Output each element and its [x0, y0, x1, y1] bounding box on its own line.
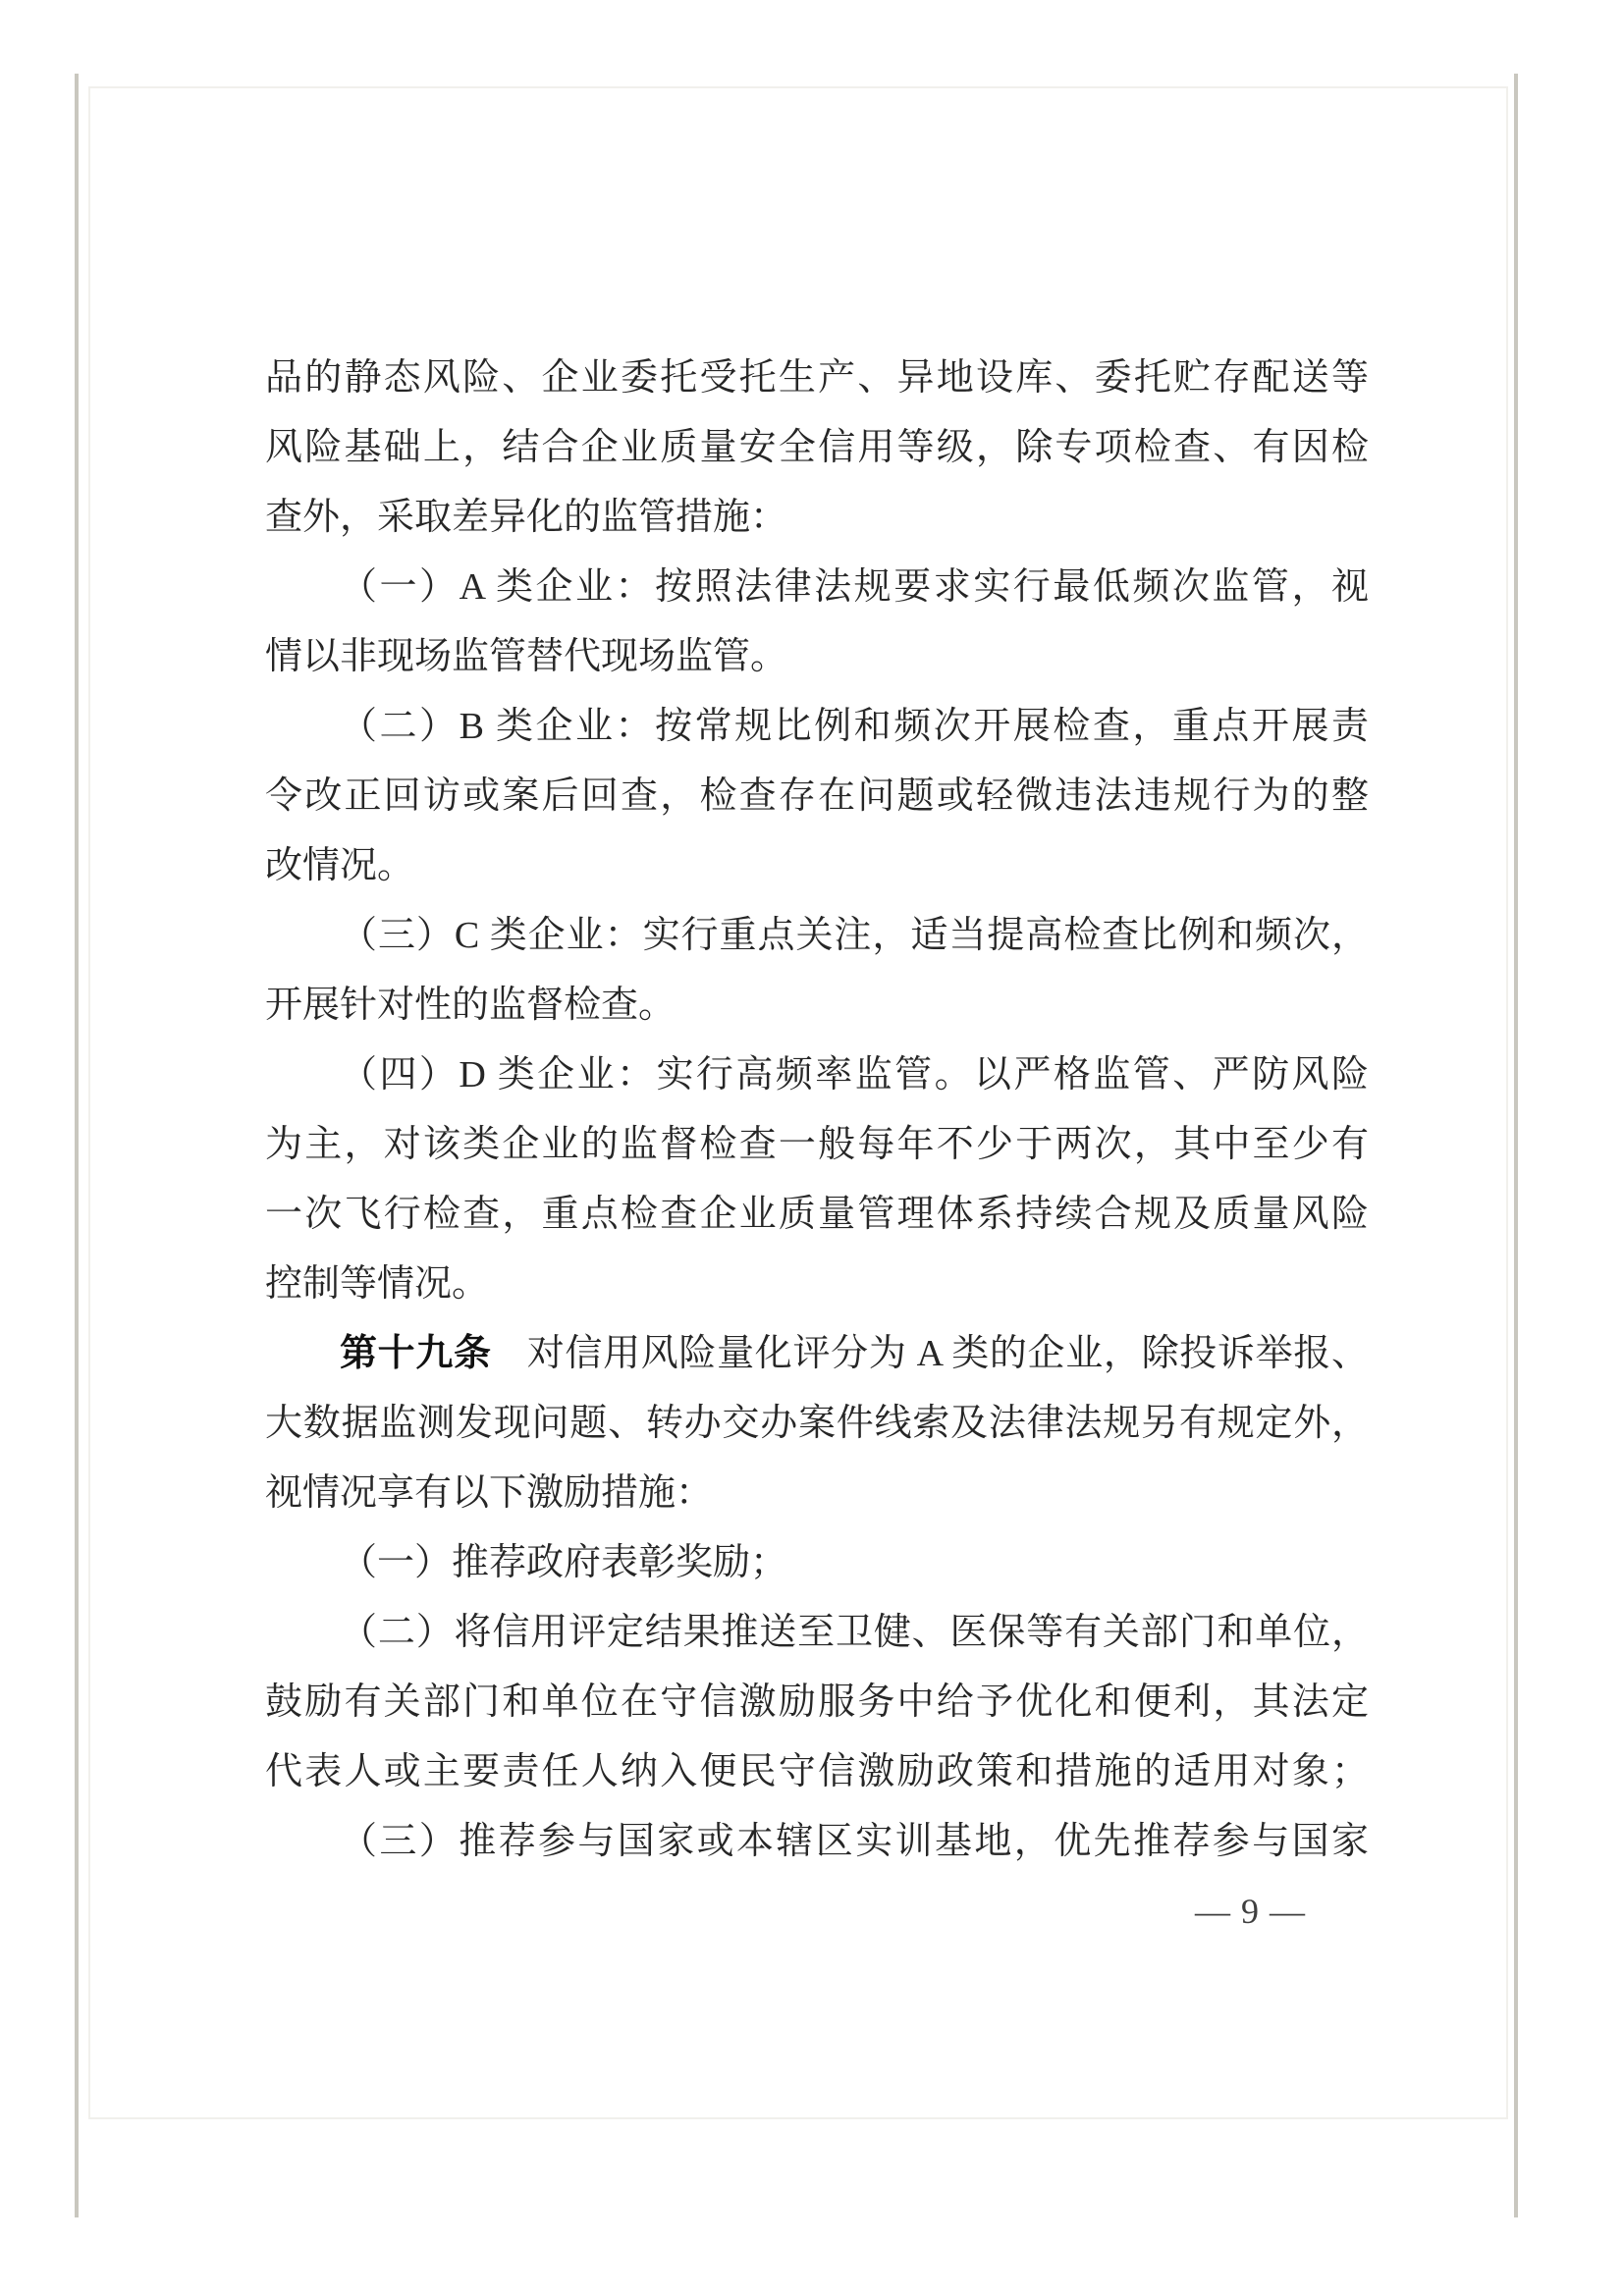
- article-text: 对信用风险量化评分为 A 类的企业，除投诉举报、: [527, 1333, 1369, 1374]
- text-line: 改情况。: [265, 831, 1369, 901]
- text-line: 查外，采取差异化的监管措施：: [265, 483, 1369, 553]
- text-line: 控制等情况。: [265, 1250, 1369, 1319]
- text-line: 令改正回访或案后回查，检查存在问题或轻微违法违规行为的整: [265, 762, 1369, 831]
- page-number: — 9 —: [265, 1882, 1369, 1941]
- document-text: 品的静态风险、企业委托受托生产、异地设库、委托贮存配送等 风险基础上，结合企业质…: [265, 344, 1369, 1877]
- text-line: （一）A 类企业：按照法律法规要求实行最低频次监管，视: [265, 553, 1369, 622]
- text-line: 品的静态风险、企业委托受托生产、异地设库、委托贮存配送等: [265, 344, 1369, 413]
- text-line: （三）推荐参与国家或本辖区实训基地，优先推荐参与国家: [265, 1807, 1369, 1877]
- text-line: （二）B 类企业：按常规比例和频次开展检查，重点开展责: [265, 692, 1369, 762]
- text-line: （二）将信用评定结果推送至卫健、医保等有关部门和单位，: [265, 1598, 1369, 1668]
- text-line: （四）D 类企业：实行高频率监管。以严格监管、严防风险: [265, 1041, 1369, 1110]
- text-line: 鼓励有关部门和单位在守信激励服务中给予优化和便利，其法定: [265, 1668, 1369, 1737]
- text-line: 一次飞行检查，重点检查企业质量管理体系持续合规及质量风险: [265, 1180, 1369, 1250]
- text-line: 大数据监测发现问题、转办交办案件线索及法律法规另有规定外，: [265, 1389, 1369, 1459]
- page-right-edge-line: [1514, 74, 1518, 2217]
- text-line: （一）推荐政府表彰奖励；: [265, 1528, 1369, 1598]
- text-line: 情以非现场监管替代现场监管。: [265, 622, 1369, 692]
- page-left-edge-line: [75, 74, 79, 2217]
- text-line-article-19: 第十九条对信用风险量化评分为 A 类的企业，除投诉举报、: [265, 1319, 1369, 1389]
- text-line: （三）C 类企业：实行重点关注，适当提高检查比例和频次，: [265, 901, 1369, 971]
- text-line: 代表人或主要责任人纳入便民守信激励政策和措施的适用对象；: [265, 1737, 1369, 1807]
- text-line: 开展针对性的监督检查。: [265, 971, 1369, 1041]
- text-line: 为主，对该类企业的监督检查一般每年不少于两次，其中至少有: [265, 1110, 1369, 1180]
- text-line: 视情况享有以下激励措施：: [265, 1459, 1369, 1528]
- article-number: 第十九条: [340, 1333, 492, 1374]
- text-line: 风险基础上，结合企业质量安全信用等级，除专项检查、有因检: [265, 413, 1369, 483]
